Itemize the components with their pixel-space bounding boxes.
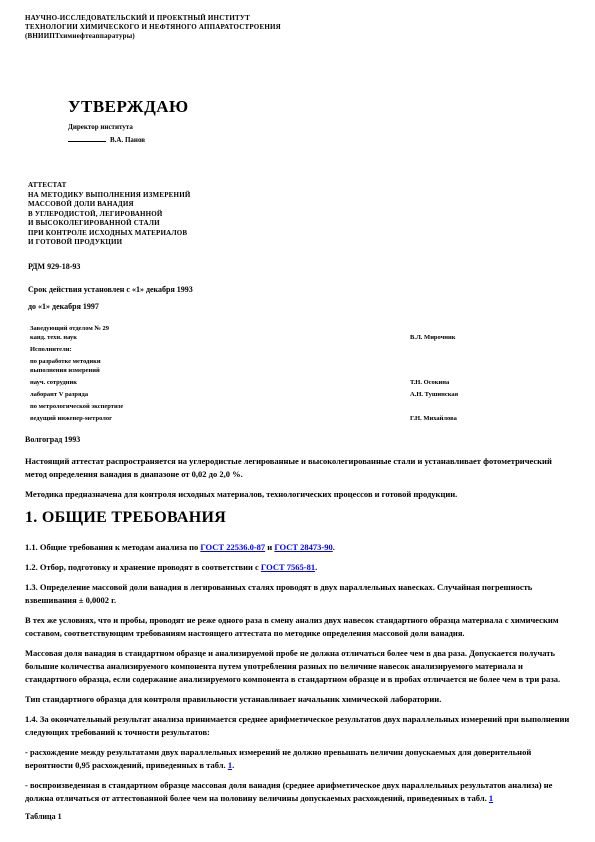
clause-1-3-continuation-3: Тип стандартного образца для контроля пр… <box>25 693 570 706</box>
signatures-block: Заведующий отделом № 29 канд. техн. наук… <box>30 324 570 423</box>
approval-signature-line: В.А. Панов <box>68 135 570 145</box>
document-page: НАУЧНО-ИССЛЕДОВАТЕЛЬСКИЙ И ПРОЕКТНЫЙ ИНС… <box>0 0 595 842</box>
role-line: по разработке методики <box>30 357 101 366</box>
role-line: Заведующий отделом № 29 <box>30 324 109 333</box>
attestation-title-line: И ГОТОВОЙ ПРОДУКЦИИ <box>28 238 570 248</box>
city-year: Волгоград 1993 <box>25 435 570 445</box>
table-1-link[interactable]: 1 <box>489 793 493 803</box>
role-line: лаборант V разряда <box>30 390 88 399</box>
signatory-name: Г.Н. Михайлова <box>410 414 570 423</box>
validity-to: до «1» декабря 1997 <box>28 302 570 312</box>
document-body: Настоящий аттестат распространяется на у… <box>25 455 570 821</box>
clause-1-3: 1.3. Определение массовой доли ванадия в… <box>25 581 570 607</box>
validity-from: Срок действия установлен с «1» декабря 1… <box>28 285 570 295</box>
clause-text: . <box>232 760 234 770</box>
table-caption: Таблица 1 <box>25 812 570 821</box>
clause-1-3-continuation-1: В тех же условиях, что и пробы, проводят… <box>25 614 570 640</box>
clause-text: 1.2. Отбор, подготовку и хранение провод… <box>25 562 261 572</box>
attestation-title-line: И ВЫСОКОЛЕГИРОВАННОЙ СТАЛИ <box>28 219 570 229</box>
signature-row: науч. сотрудник Т.Н. Осокина <box>30 378 570 387</box>
clause-1-1: 1.1. Общие требования к методам анализа … <box>25 541 570 554</box>
signature-row: ведущий инженер-метролог Г.Н. Михайлова <box>30 414 570 423</box>
signature-row: лаборант V разряда А.Н. Тушинская <box>30 390 570 399</box>
clause-1-3-continuation-2: Массовая доля ванадия в стандартном обра… <box>25 647 570 686</box>
attestation-title-block: АТТЕСТАТ НА МЕТОДИКУ ВЫПОЛНЕНИЯ ИЗМЕРЕНИ… <box>28 181 570 248</box>
signatory-name: А.Н. Тушинская <box>410 390 570 399</box>
role-line: науч. сотрудник <box>30 378 77 387</box>
intro-paragraph-1: Настоящий аттестат распространяется на у… <box>25 455 570 481</box>
section-1-heading: 1. ОБЩИЕ ТРЕБОВАНИЯ <box>25 509 570 527</box>
clause-1-4-item-1: - расхождение между результатами двух па… <box>25 746 570 772</box>
institute-name-line-2: ТЕХНОЛОГИИ ХИМИЧЕСКОГО И НЕФТЯНОГО АППАР… <box>25 23 570 32</box>
clause-1-2: 1.2. Отбор, подготовку и хранение провод… <box>25 561 570 574</box>
signature-row: Заведующий отделом № 29 канд. техн. наук… <box>30 324 570 342</box>
role-line: ведущий инженер-метролог <box>30 414 112 423</box>
approval-title: УТВЕРЖДАЮ <box>68 97 570 117</box>
attestation-title-line: ПРИ КОНТРОЛЕ ИСХОДНЫХ МАТЕРИАЛОВ <box>28 229 570 239</box>
role-line: выполнения измерений <box>30 366 101 375</box>
role-line: по метрологической экспертизе <box>30 402 123 411</box>
institute-abbreviation: (ВНИИПТхимнефтеаппаратуры) <box>25 32 570 41</box>
gost-link-28473[interactable]: ГОСТ 28473-90 <box>274 542 332 552</box>
approval-signatory-name: В.А. Панов <box>110 136 145 144</box>
signature-blank-line <box>68 135 106 142</box>
signature-row: Исполнители: <box>30 345 570 354</box>
institute-name-line-1: НАУЧНО-ИССЛЕДОВАТЕЛЬСКИЙ И ПРОЕКТНЫЙ ИНС… <box>25 14 570 23</box>
attestation-title-line: МАССОВОЙ ДОЛИ ВАНАДИЯ <box>28 200 570 210</box>
clause-text: . <box>333 542 335 552</box>
signatory-name: Т.Н. Осокина <box>410 378 570 387</box>
gost-link-22536[interactable]: ГОСТ 22536.0-87 <box>200 542 265 552</box>
attestation-title-line: АТТЕСТАТ <box>28 181 570 191</box>
approval-role: Директор института <box>68 123 570 132</box>
document-number: РДМ 929-18-93 <box>28 262 570 272</box>
institute-header: НАУЧНО-ИССЛЕДОВАТЕЛЬСКИЙ И ПРОЕКТНЫЙ ИНС… <box>25 14 570 41</box>
clause-1-4-item-2: - воспроизведенная в стандартном образце… <box>25 779 570 805</box>
signature-row: по метрологической экспертизе <box>30 402 570 411</box>
role-line: канд. техн. наук <box>30 333 109 342</box>
clause-1-4: 1.4. За окончательный результат анализа … <box>25 713 570 739</box>
signatory-name: В.Л. Мирочник <box>410 333 570 342</box>
attestation-title-line: В УГЛЕРОДИСТОЙ, ЛЕГИРОВАННОЙ <box>28 210 570 220</box>
clause-text: 1.1. Общие требования к методам анализа … <box>25 542 200 552</box>
approval-block: УТВЕРЖДАЮ Директор института В.А. Панов <box>68 97 570 145</box>
role-line: Исполнители: <box>30 345 72 354</box>
signature-row: по разработке методики выполнения измере… <box>30 357 570 375</box>
intro-paragraph-2: Методика предназначена для контроля исхо… <box>25 488 570 501</box>
clause-text: . <box>315 562 317 572</box>
clause-text: и <box>265 542 274 552</box>
gost-link-7565[interactable]: ГОСТ 7565-81 <box>261 562 315 572</box>
attestation-title-line: НА МЕТОДИКУ ВЫПОЛНЕНИЯ ИЗМЕРЕНИЙ <box>28 191 570 201</box>
clause-text: - воспроизведенная в стандартном образце… <box>25 780 552 803</box>
clause-text: - расхождение между результатами двух па… <box>25 747 531 770</box>
